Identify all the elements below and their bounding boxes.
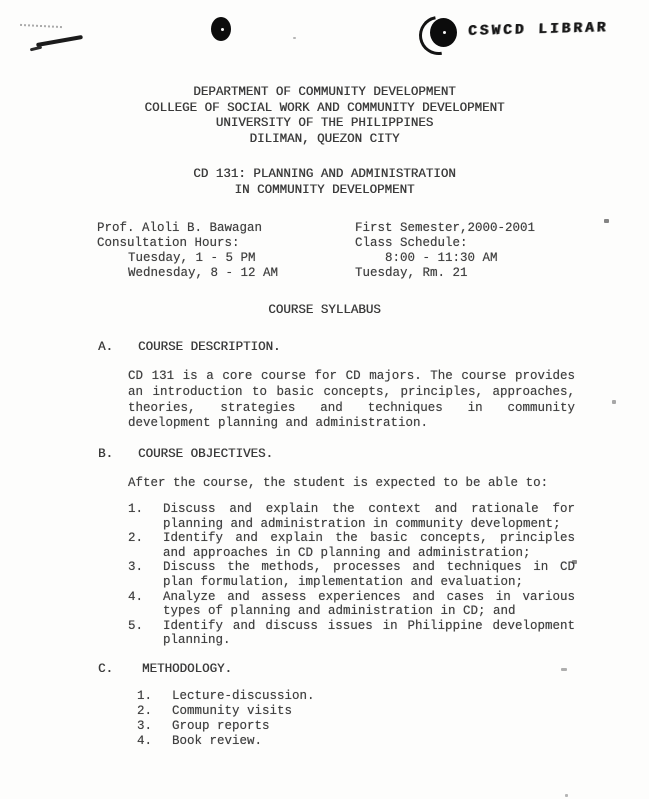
description-line: CD 131 is a core course for CD majors. T… — [128, 369, 575, 385]
methodology-list: 1. Lecture-discussion. 2. Community visi… — [172, 689, 315, 749]
class-schedule-label: Class Schedule: — [355, 236, 468, 252]
method-number: 4. — [137, 734, 152, 749]
objective-number: 4. — [128, 590, 143, 605]
section-c-letter: C. — [98, 662, 113, 678]
section-b-heading: COURSE OBJECTIVES. — [138, 447, 273, 463]
method-text: Book review. — [172, 734, 262, 748]
consultation-hours-label: Consultation Hours: — [97, 236, 240, 252]
schedule-time: 8:00 - 11:30 AM — [385, 251, 498, 267]
objective-line: Discuss and explain the context and rati… — [163, 502, 575, 517]
description-line: development planning and administration. — [128, 416, 575, 432]
objective-item: 4. Analyze and assess experiences and ca… — [163, 590, 575, 619]
syllabus-heading: COURSE SYLLABUS — [0, 303, 649, 319]
objective-line: planning and administration in community… — [163, 517, 575, 532]
objective-number: 1. — [128, 502, 143, 517]
objective-line: Identify and discuss issues in Philippin… — [163, 619, 575, 634]
objective-line: Analyze and assess experiences and cases… — [163, 590, 575, 605]
objective-line: and approaches in CD planning and admini… — [163, 546, 575, 561]
method-item: 4. Book review. — [172, 734, 315, 749]
method-item: 2. Community visits — [172, 704, 315, 719]
section-a-letter: A. — [98, 340, 113, 356]
method-text: Group reports — [172, 719, 270, 733]
objective-item: 1. Discuss and explain the context and r… — [163, 502, 575, 531]
objectives-list: 1. Discuss and explain the context and r… — [163, 502, 575, 648]
consultation-hour-line: Wednesday, 8 - 12 AM — [128, 266, 278, 282]
objective-item: 3. Discuss the methods, processes and te… — [163, 560, 575, 589]
objective-line: Identify and explain the basic concepts,… — [163, 531, 575, 546]
description-line: an introduction to basic concepts, princ… — [128, 385, 575, 401]
objective-line: Discuss the methods, processes and techn… — [163, 560, 575, 575]
objective-line: types of planning and administration in … — [163, 604, 575, 619]
course-title: CD 131: PLANNING AND ADMINISTRATION IN C… — [0, 167, 649, 198]
course-description: CD 131 is a core course for CD majors. T… — [128, 369, 575, 432]
objective-line: plan formulation, implementation and eva… — [163, 575, 575, 590]
section-b-letter: B. — [98, 447, 113, 463]
section-a-heading: COURSE DESCRIPTION. — [138, 340, 281, 356]
pen-stroke-mark — [36, 35, 83, 47]
scan-speck — [565, 794, 568, 797]
header-line: DEPARTMENT OF COMMUNITY DEVELOPMENT — [0, 85, 649, 101]
header-line: UNIVERSITY OF THE PHILIPPINES — [0, 116, 649, 132]
scanned-syllabus-page: CSWCD LIBRAR DEPARTMENT OF COMMUNITY DEV… — [0, 0, 649, 799]
scan-speck — [561, 668, 567, 671]
scan-speck — [604, 219, 609, 223]
method-number: 2. — [137, 704, 152, 719]
section-c-heading: METHODOLOGY. — [142, 662, 232, 678]
description-line: theories, strategies and techniques in c… — [128, 401, 575, 417]
course-title-line: CD 131: PLANNING AND ADMINISTRATION — [0, 167, 649, 183]
pen-stroke-mark-tail — [30, 46, 42, 52]
pen-dash-mark — [20, 24, 62, 28]
institution-header: DEPARTMENT OF COMMUNITY DEVELOPMENT COLL… — [0, 85, 649, 147]
scan-speck — [612, 400, 616, 404]
consultation-hour-line: Tuesday, 1 - 5 PM — [128, 251, 256, 267]
objective-number: 3. — [128, 560, 143, 575]
header-line: COLLEGE OF SOCIAL WORK AND COMMUNITY DEV… — [0, 101, 649, 117]
objective-item: 2. Identify and explain the basic concep… — [163, 531, 575, 560]
objective-number: 2. — [128, 531, 143, 546]
library-stamp: CSWCD LIBRAR — [468, 21, 609, 40]
method-text: Lecture-discussion. — [172, 689, 315, 703]
schedule-room: Tuesday, Rm. 21 — [355, 266, 468, 282]
objectives-intro: After the course, the student is expecte… — [128, 476, 548, 492]
hole-punch-highlight — [443, 31, 446, 34]
professor-name: Prof. Aloli B. Bawagan — [97, 221, 262, 237]
objective-line: planning. — [163, 633, 575, 648]
objective-number: 5. — [128, 619, 143, 634]
method-text: Community visits — [172, 704, 292, 718]
method-number: 1. — [137, 689, 152, 704]
method-number: 3. — [137, 719, 152, 734]
scan-speck — [293, 37, 296, 39]
method-item: 1. Lecture-discussion. — [172, 689, 315, 704]
header-line: DILIMAN, QUEZON CITY — [0, 132, 649, 148]
objective-item: 5. Identify and discuss issues in Philip… — [163, 619, 575, 648]
hole-punch-highlight — [221, 28, 224, 31]
method-item: 3. Group reports — [172, 719, 315, 734]
semester-label: First Semester,2000-2001 — [355, 221, 535, 237]
course-title-line: IN COMMUNITY DEVELOPMENT — [0, 183, 649, 199]
